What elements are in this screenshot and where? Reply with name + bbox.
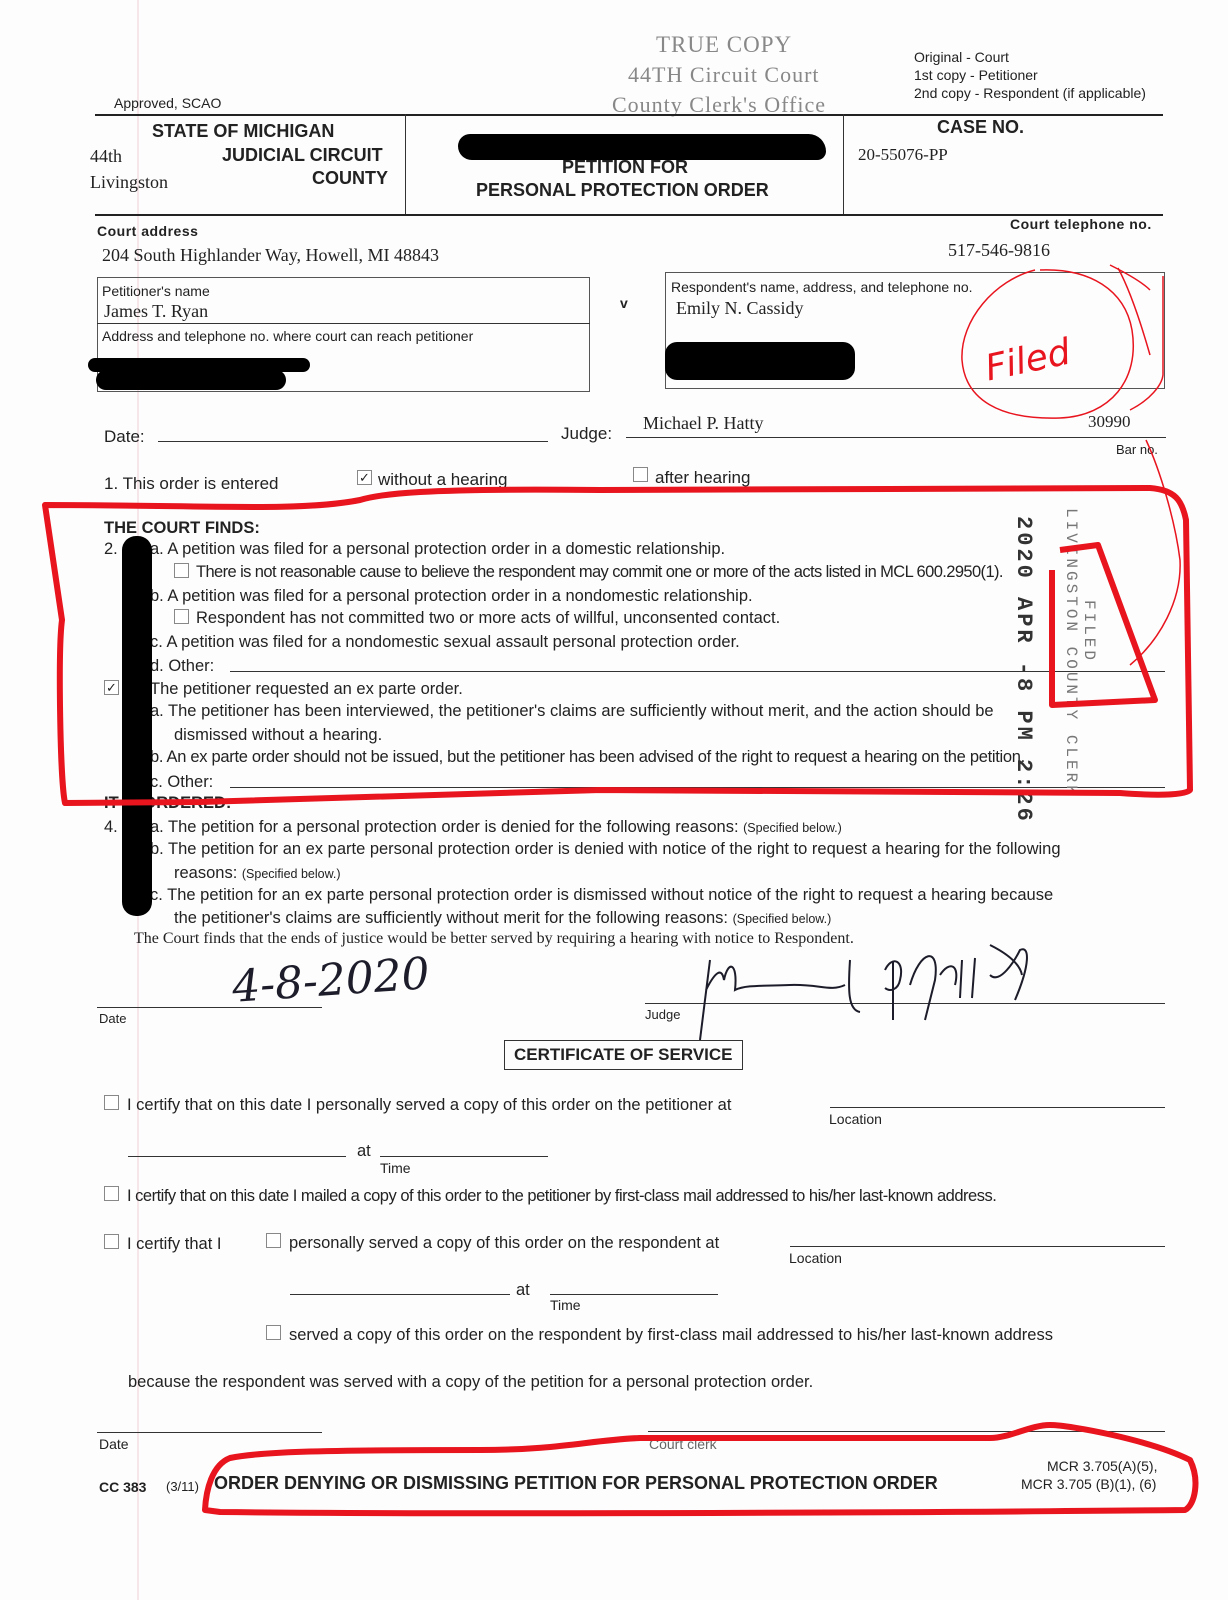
court-address: 204 South Highlander Way, Howell, MI 488… bbox=[102, 245, 439, 266]
judge-signature-label: Judge bbox=[645, 1007, 680, 1022]
cert-line2: I certify that on this date I mailed a c… bbox=[127, 1187, 996, 1206]
cert-line1-at: at bbox=[357, 1142, 371, 1161]
state-label: STATE OF MICHIGAN bbox=[152, 121, 334, 142]
respondent-name: Emily N. Cassidy bbox=[676, 298, 804, 319]
order-4b-reasons: reasons: bbox=[174, 864, 237, 882]
court-telephone-label: Court telephone no. bbox=[1010, 216, 1152, 232]
header-bottom-rule bbox=[95, 214, 1163, 216]
title-line1: PETITION FOR bbox=[562, 157, 688, 178]
county-name: Livingston bbox=[90, 172, 168, 193]
judge-line bbox=[626, 437, 1166, 438]
order-reason: The Court finds that the ends of justice… bbox=[134, 930, 854, 948]
cert-line3-time-label: Time bbox=[550, 1297, 581, 1313]
redaction-petitioner-address-2 bbox=[96, 370, 286, 390]
order-4a-specified: (Specified below.) bbox=[743, 821, 842, 835]
without-hearing-checkbox[interactable]: ✓ bbox=[357, 470, 372, 485]
petitioner-name-label: Petitioner's name bbox=[102, 283, 210, 299]
cert-line5: because the respondent was served with a… bbox=[128, 1373, 813, 1392]
cert-line3-at: at bbox=[516, 1281, 530, 1300]
cert-line3: personally served a copy of this order o… bbox=[289, 1234, 719, 1253]
cert-date-label: Date bbox=[99, 1436, 129, 1452]
cert-line1-location-line[interactable] bbox=[830, 1107, 1165, 1108]
cert-petitioner-personal-checkbox[interactable] bbox=[104, 1095, 119, 1110]
without-hearing-label: without a hearing bbox=[378, 470, 507, 490]
order-4c-line1: c. The petition for an ex parte personal… bbox=[150, 886, 1053, 905]
finding-2b-sub: Respondent has not committed two or more… bbox=[196, 609, 780, 628]
handwritten-date: 4-8-2020 bbox=[230, 948, 431, 1013]
finding-2b-sub-checkbox[interactable] bbox=[174, 609, 189, 624]
finding-2a-sub-checkbox[interactable] bbox=[174, 563, 189, 578]
petitioner-box-divider bbox=[97, 323, 590, 324]
filed-stamp-filed: FILED bbox=[1080, 600, 1098, 663]
finding-2d: d. Other: bbox=[150, 657, 214, 676]
signature-date-label: Date bbox=[99, 1011, 126, 1026]
date-label: Date: bbox=[104, 427, 145, 447]
date-line bbox=[158, 441, 548, 442]
cert-clerk-line[interactable] bbox=[648, 1431, 1165, 1432]
finding-3a-line1: a. The petitioner has been interviewed, … bbox=[150, 702, 994, 721]
cert-respondent-checkbox[interactable] bbox=[104, 1234, 119, 1249]
header-top-rule bbox=[95, 114, 1163, 116]
distribution-second-copy: 2nd copy - Respondent (if applicable) bbox=[914, 85, 1146, 101]
order-4a-text: a. The petition for a personal protectio… bbox=[150, 818, 739, 836]
finding-2c: c. A petition was filed for a nondomesti… bbox=[150, 633, 740, 652]
redaction-checkbox-column bbox=[122, 536, 152, 916]
county-label: COUNTY bbox=[312, 168, 388, 189]
cert-line1: I certify that on this date I personally… bbox=[127, 1096, 731, 1115]
finding-2b: b. A petition was filed for a personal p… bbox=[150, 587, 753, 606]
mcr-rule-2: MCR 3.705 (B)(1), (6) bbox=[1021, 1476, 1156, 1492]
filed-stamp-date: 2020 APR -8 PM 2:26 bbox=[1011, 516, 1036, 824]
form-code: CC 383 bbox=[99, 1479, 146, 1495]
cert-line3-location-label: Location bbox=[789, 1250, 842, 1266]
cert-clerk-label: Court clerk bbox=[649, 1436, 717, 1452]
after-hearing-label: after hearing bbox=[655, 468, 750, 488]
finding-3a-line2: dismissed without a hearing. bbox=[174, 726, 382, 745]
cert-line4: served a copy of this order on the respo… bbox=[289, 1326, 1053, 1345]
item2-number: 2. bbox=[104, 540, 118, 559]
cert-respondent-mail-checkbox[interactable] bbox=[266, 1325, 281, 1340]
petitioner-address-label: Address and telephone no. where court ca… bbox=[102, 328, 473, 344]
header-divider-1 bbox=[405, 114, 406, 214]
true-copy-stamp-line2: 44TH Circuit Court bbox=[628, 62, 820, 88]
order-4c-reasons: the petitioner's claims are sufficiently… bbox=[174, 909, 728, 927]
judge-signature-line bbox=[645, 1003, 1165, 1004]
order-4b-line2: reasons: (Specified below.) bbox=[174, 864, 341, 883]
bar-number: 30990 bbox=[1088, 412, 1131, 432]
cert-petitioner-mail-checkbox[interactable] bbox=[104, 1186, 119, 1201]
filed-stamp-office: LIVINGSTON COUNTY CLERK bbox=[1062, 508, 1080, 798]
order-4b-line1: b. The petition for an ex parte personal… bbox=[150, 840, 1061, 859]
circuit-label: JUDICIAL CIRCUIT bbox=[222, 145, 383, 166]
order-4b-specified: (Specified below.) bbox=[242, 867, 341, 881]
title-line2: PERSONAL PROTECTION ORDER bbox=[476, 180, 769, 201]
cert-respondent-personal-checkbox[interactable] bbox=[266, 1233, 281, 1248]
case-number: 20-55076-PP bbox=[858, 145, 948, 165]
item1-text: 1. This order is entered bbox=[104, 474, 279, 494]
cert-line3-time-line[interactable] bbox=[550, 1294, 718, 1295]
distribution-original: Original - Court bbox=[914, 49, 1009, 65]
finding-3c: c. Other: bbox=[150, 773, 213, 792]
order-4c-specified: (Specified below.) bbox=[733, 912, 832, 926]
case-no-label: CASE NO. bbox=[937, 117, 1024, 138]
distribution-first-copy: 1st copy - Petitioner bbox=[914, 67, 1038, 83]
cert-line1-date-line[interactable] bbox=[128, 1156, 346, 1157]
ex-parte-requested-checkbox[interactable]: ✓ bbox=[104, 680, 119, 695]
court-telephone: 517-546-9816 bbox=[948, 240, 1050, 261]
approved-scao: Approved, SCAO bbox=[114, 95, 221, 111]
order-4a: a. The petition for a personal protectio… bbox=[150, 818, 842, 837]
order-4c-line2: the petitioner's claims are sufficiently… bbox=[174, 909, 831, 928]
circuit-number: 44th bbox=[90, 146, 122, 167]
true-copy-stamp-line1: TRUE COPY bbox=[656, 32, 792, 58]
form-title: ORDER DENYING OR DISMISSING PETITION FOR… bbox=[214, 1473, 938, 1494]
signature-date-line bbox=[97, 1007, 322, 1008]
findings-heading: THE COURT FINDS: bbox=[104, 519, 260, 538]
finding-3b: b. An ex parte order should not be issue… bbox=[150, 748, 1025, 767]
cert-line3-location-line[interactable] bbox=[790, 1246, 1165, 1247]
cert-line1-time-line[interactable] bbox=[380, 1156, 548, 1157]
item4-number: 4. bbox=[104, 818, 118, 837]
form-revision: (3/11) bbox=[166, 1479, 199, 1494]
finding-2a: a. A petition was filed for a personal p… bbox=[150, 540, 725, 559]
cert-date-line[interactable] bbox=[97, 1432, 322, 1433]
mcr-rule-1: MCR 3.705(A)(5), bbox=[1047, 1458, 1157, 1474]
judge-label: Judge: bbox=[561, 424, 612, 444]
cert-line3-prefix: I certify that I bbox=[127, 1235, 221, 1254]
court-address-label: Court address bbox=[97, 223, 198, 239]
after-hearing-checkbox[interactable] bbox=[633, 467, 648, 482]
versus: v bbox=[620, 295, 628, 311]
cert-line1-location-label: Location bbox=[829, 1111, 882, 1127]
finding-3: The petitioner requested an ex parte ord… bbox=[150, 680, 463, 699]
bar-number-label: Bar no. bbox=[1116, 442, 1158, 457]
cert-line3-date-line[interactable] bbox=[290, 1294, 510, 1295]
header-divider-2 bbox=[843, 114, 844, 214]
judge-name: Michael P. Hatty bbox=[643, 413, 763, 434]
petitioner-name: James T. Ryan bbox=[104, 301, 208, 322]
certificate-title: CERTIFICATE OF SERVICE bbox=[504, 1040, 743, 1070]
redaction-respondent-address bbox=[665, 342, 855, 380]
finding-2a-sub: There is not reasonable cause to believe… bbox=[196, 563, 1003, 582]
respondent-label: Respondent's name, address, and telephon… bbox=[671, 279, 973, 295]
cert-line1-time-label: Time bbox=[380, 1160, 411, 1176]
